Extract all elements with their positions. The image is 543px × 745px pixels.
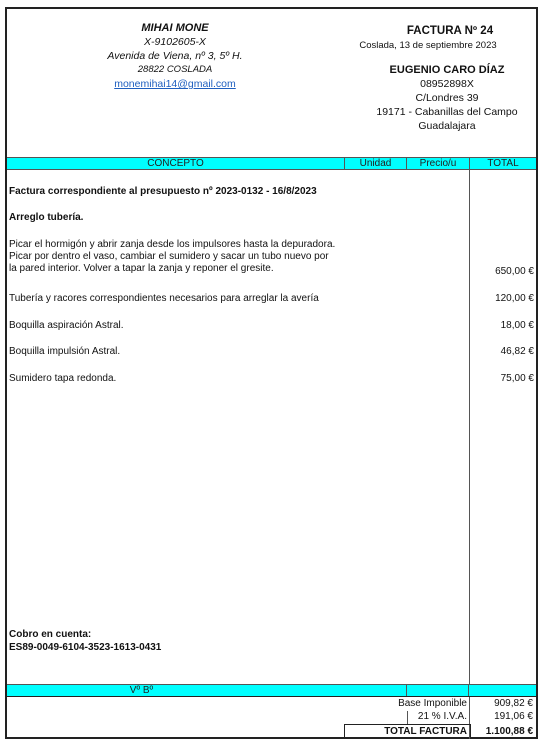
approval-cell-total xyxy=(469,685,536,696)
item-line: la pared interior. Volver a tapar la zan… xyxy=(9,263,335,275)
table-row: Tubería y racores correspondientes neces… xyxy=(9,293,319,305)
table-row: Picar el hormigón y abrir zanja desde lo… xyxy=(9,239,335,275)
issuer-id: X-9102605-X xyxy=(65,35,285,49)
client-name: EUGENIO CARO DÍAZ xyxy=(359,63,535,77)
payment-label: Cobro en cuenta: xyxy=(9,629,91,641)
approval-label: Vº Bº xyxy=(7,685,407,696)
invoice-date: Coslada, 13 de septiembre 2023 xyxy=(321,39,535,53)
table-row: Boquilla aspiración Astral. xyxy=(9,320,124,332)
section-title: Arreglo tubería. xyxy=(9,212,83,224)
table-row: Boquilla impulsión Astral. xyxy=(9,346,120,358)
client-address: C/Londres 39 xyxy=(359,91,535,105)
invoice-info: FACTURA Nº 24 Coslada, 13 de septiembre … xyxy=(335,23,535,133)
base-imponible-value: 909,82 € xyxy=(494,698,533,709)
table-header: CONCEPTO Unidad Precio/u TOTAL xyxy=(7,157,536,170)
iva-divider xyxy=(407,711,408,724)
item-total: 75,00 € xyxy=(501,373,534,385)
item-total: 650,00 € xyxy=(495,266,534,278)
base-imponible-label: Base Imponible xyxy=(398,698,467,709)
client-id: 08952898X xyxy=(359,77,535,91)
iva-value: 191,06 € xyxy=(494,711,533,722)
table-row: Sumidero tapa redonda. xyxy=(9,373,116,385)
invoice-intro: Factura correspondiente al presupuesto n… xyxy=(9,186,317,198)
approval-text: Vº Bº xyxy=(130,685,153,697)
iva-label: 21 % I.V.A. xyxy=(418,711,467,722)
client-city: 19171 - Cabanillas del Campo xyxy=(359,105,535,119)
header-precio: Precio/u xyxy=(407,158,470,169)
total-factura-label: TOTAL FACTURA xyxy=(384,726,467,737)
issuer-block: MIHAI MONE X-9102605-X Avenida de Viena,… xyxy=(65,21,285,91)
header-concepto: CONCEPTO xyxy=(7,158,345,169)
invoice-title: FACTURA Nº 24 xyxy=(335,23,535,39)
header-unidad: Unidad xyxy=(345,158,407,169)
item-total: 46,82 € xyxy=(501,346,534,358)
issuer-email-link[interactable]: monemihai14@gmail.com xyxy=(65,77,285,91)
issuer-address: Avenida de Viena, nº 3, 5º H. xyxy=(65,49,285,63)
issuer-city: 28822 COSLADA xyxy=(65,63,285,77)
total-column-divider xyxy=(469,170,470,684)
item-total: 120,00 € xyxy=(495,293,534,305)
approval-row: Vº Bº xyxy=(7,684,536,697)
client-block: EUGENIO CARO DÍAZ 08952898X C/Londres 39… xyxy=(335,63,535,133)
approval-cell xyxy=(407,685,469,696)
header-total: TOTAL xyxy=(470,158,536,169)
total-factura-value: 1.100,88 € xyxy=(486,726,533,737)
payment-iban: ES89-0049-6104-3523-1613-0431 xyxy=(9,642,161,654)
issuer-name: MIHAI MONE xyxy=(65,21,285,35)
item-total: 18,00 € xyxy=(501,320,534,332)
client-province: Guadalajara xyxy=(359,119,535,133)
item-line: Picar por dentro el vaso, cambiar el sum… xyxy=(9,251,335,263)
item-line: Picar el hormigón y abrir zanja desde lo… xyxy=(9,239,335,251)
